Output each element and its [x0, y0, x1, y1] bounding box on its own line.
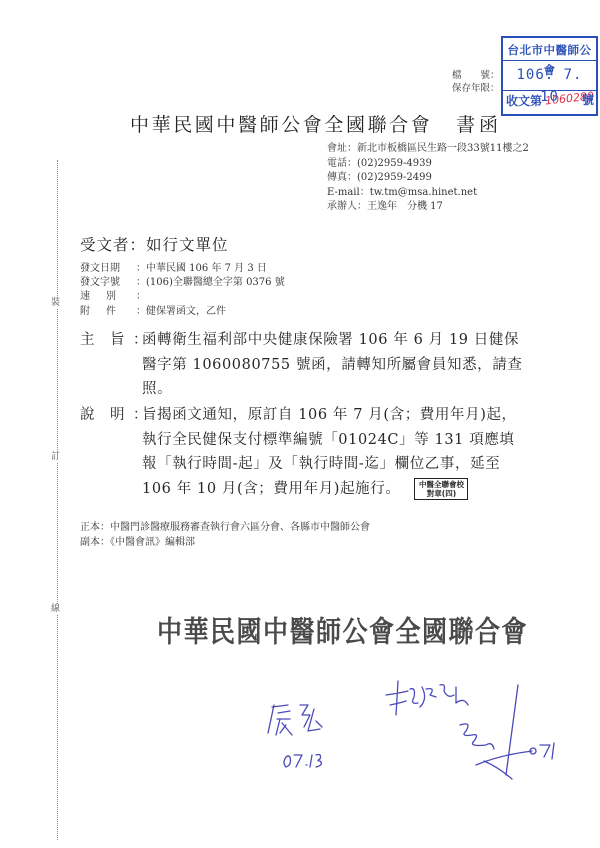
receipt-stamp: 台北市中醫師公會 106. 7. 10 收文第 1060280 號: [501, 36, 598, 116]
dispatch-date-row: 發文日期：中華民國 106 年 7 月 3 日: [80, 262, 285, 276]
dispatch-ref-value: ：(106)全聯醫總全字第 0376 號: [136, 277, 285, 288]
handwritten-signatures: [250, 675, 570, 845]
speed-row: 速別：: [80, 290, 285, 304]
original-recipients: 正本：中醫門診醫療服務審查執行會六區分會、各縣市中醫師公會: [80, 520, 370, 535]
dispatch-meta: 發文日期：中華民國 106 年 7 月 3 日 發文字號：(106)全聯醫總全字…: [80, 262, 285, 319]
explanation-line: 執行全民健保支付標準編號「01024C」等 131 項應填: [142, 428, 552, 453]
distribution: 正本：中醫門診醫療服務審查執行會六區分會、各縣市中醫師公會 副本：《中醫會訊》編…: [80, 520, 370, 550]
subject-label-a: 主: [80, 328, 95, 353]
phone: 電話：(02)2959-4939: [327, 157, 529, 172]
stamp-office: 台北市中醫師公會: [503, 40, 596, 61]
document-type: 書函: [456, 110, 502, 137]
speed-label: 速別: [80, 290, 136, 304]
binding-mark-ding: 訂: [51, 452, 60, 462]
explanation-line-last: 106 年 10 月(含；費用年月)起施行。中醫全聯會校對章(四): [142, 477, 552, 502]
binding-mark-xian: 線: [51, 604, 60, 614]
binding-dotted-line: [57, 160, 58, 840]
subject-line: 函轉衛生福利部中央健康保險署 106 年 6 月 19 日健保: [142, 328, 552, 353]
stamp-receipt-suffix: 號: [582, 90, 594, 110]
organization-seal: 中華民國中醫師公會全國聯合會: [157, 609, 528, 650]
copy-recipients: 副本：《中醫會訊》編輯部: [80, 535, 370, 550]
dispatch-date-value: ：中華民國 106 年 7 月 3 日: [136, 263, 267, 274]
subject-label-b: 旨: [110, 328, 125, 353]
explanation-line: 旨揭函文通知，原訂自 106 年 7 月(含；費用年月)起，: [142, 403, 552, 428]
attachment-value: ：健保署函文，乙件: [136, 306, 226, 317]
explanation-line-text: 106 年 10 月(含；費用年月)起施行。: [142, 481, 400, 497]
email: E-mail：tw.tm@msa.hinet.net: [327, 186, 529, 201]
dispatch-ref-row: 發文字號：(106)全聯醫總全字第 0376 號: [80, 276, 285, 290]
subject-line: 醫字第 1060080755 號函，請轉知所屬會員知悉，請查: [142, 353, 552, 378]
binding-mark-zhuang: 裝: [51, 298, 60, 308]
fax: 傳真：(02)2959-2499: [327, 171, 529, 186]
subject-line: 照。: [142, 377, 552, 402]
attachment-label: 附件: [80, 305, 136, 319]
explanation-body: 旨揭函文通知，原訂自 106 年 7 月(含；費用年月)起， 執行全民健保支付標…: [142, 403, 552, 501]
explanation-label-b: 明: [110, 403, 125, 428]
explanation-label-a: 說: [80, 403, 95, 428]
dispatch-date-label: 發文日期: [80, 262, 136, 276]
archive-no-label: 檔 號：: [452, 69, 500, 82]
speed-value: ：: [136, 291, 146, 302]
handler: 承辦人：王逸年 分機 17: [327, 200, 529, 215]
dispatch-ref-label: 發文字號: [80, 276, 136, 290]
address: 會址：新北市板橋區民生路一段33號11樓之2: [327, 142, 529, 157]
file-labels: 檔 號： 保存年限：: [452, 69, 500, 95]
contact-block: 會址：新北市板橋區民生路一段33號11樓之2 電話：(02)2959-4939 …: [327, 142, 529, 215]
organization-title: 中華民國中醫師公會全國聯合會: [130, 110, 432, 137]
explanation-line: 報「執行時間-起」及「執行時間-迄」欄位乙事，延至: [142, 452, 552, 477]
proofread-seal: 中醫全聯會校對章(四): [414, 478, 468, 500]
subject-body: 函轉衛生福利部中央健康保險署 106 年 6 月 19 日健保 醫字第 1060…: [142, 328, 552, 402]
retention-label: 保存年限：: [452, 82, 500, 95]
attachment-row: 附件：健保署函文，乙件: [80, 305, 285, 319]
recipient: 受文者：如行文單位: [80, 233, 229, 255]
stamp-date: 106. 7. 10: [503, 64, 596, 86]
